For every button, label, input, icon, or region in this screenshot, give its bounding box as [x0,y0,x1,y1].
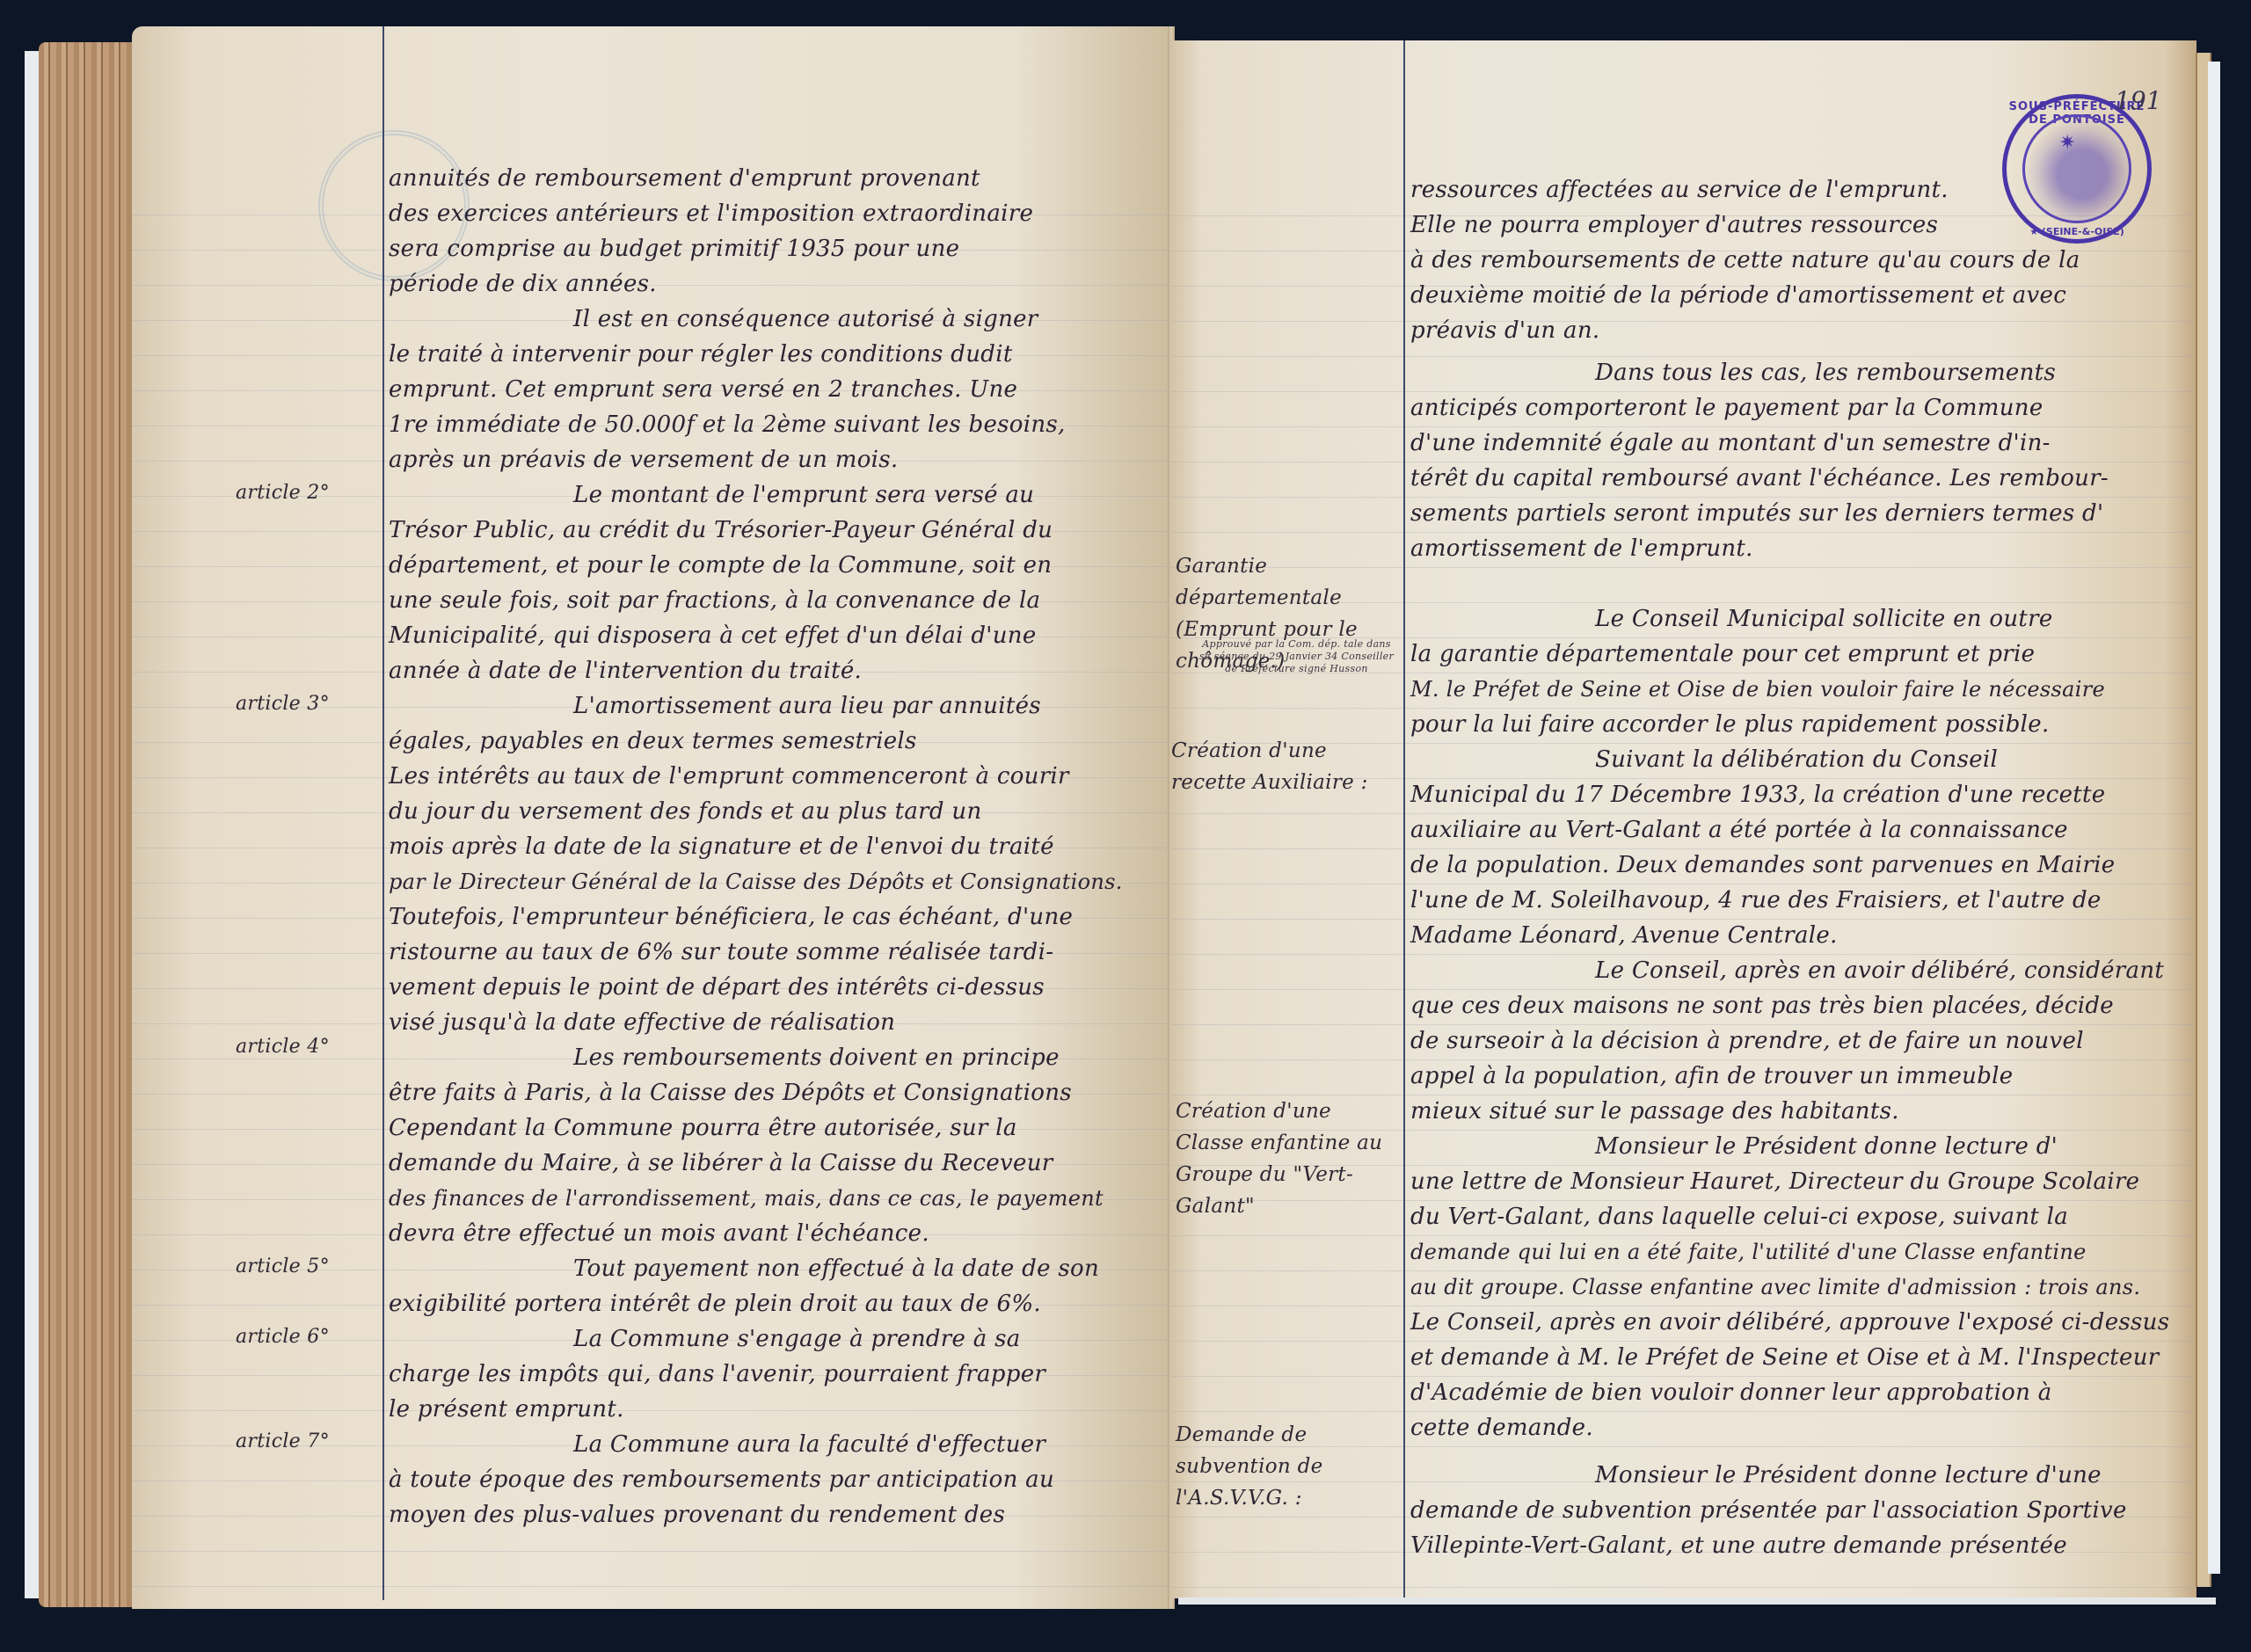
text-line: une lettre de Monsieur Hauret, Directeur… [1410,1164,2169,1199]
text-line: la garantie départementale pour cet empr… [1410,637,2169,672]
text-line: Le montant de l'emprunt sera versé au [389,477,1123,513]
text-line: emprunt. Cet emprunt sera versé en 2 tra… [389,372,1123,407]
margin-label-article-7: article 7° [236,1430,330,1452]
text-line: égales, payables en deux termes semestri… [389,724,1123,759]
stamp-bottom-text: ★ (SEINE-&-OISE) [2007,226,2147,237]
text-line: annuités de remboursement d'emprunt prov… [389,161,1123,196]
text-line: année à date de l'intervention du traité… [389,653,1123,688]
text-line: le traité à intervenir pour régler les c… [389,337,1123,372]
right-page-body: ressources affectées au service de l'emp… [1410,172,2169,1563]
text-line: sera comprise au budget primitif 1935 po… [389,231,1123,266]
text-line: et demande à M. le Préfet de Seine et Oi… [1410,1340,2169,1375]
text-line: visé jusqu'à la date effective de réalis… [389,1005,1123,1040]
text-line: après un préavis de versement de un mois… [389,442,1123,477]
text-line: charge les impôts qui, dans l'avenir, po… [389,1357,1123,1392]
text-line: Trésor Public, au crédit du Trésorier-Pa… [389,513,1123,548]
text-line: Monsieur le Président donne lecture d'un… [1410,1445,2169,1493]
margin-note-classe-enfantine: Création d'une Classe enfantine au Group… [1176,1095,1404,1222]
text-line: des exercices antérieurs et l'imposition… [389,196,1123,231]
text-line: à des remboursements de cette nature qu'… [1410,243,2169,278]
text-line: deuxième moitié de la période d'amortiss… [1410,278,2169,313]
text-line: une seule fois, soit par fractions, à la… [389,583,1123,618]
text-line: Dans tous les cas, les remboursements [1410,348,2169,390]
text-line: Madame Léonard, Avenue Centrale. [1410,918,2169,953]
left-page: article 2° article 3° article 4° article… [132,26,1171,1609]
text-line: mieux situé sur le passage des habitants… [1410,1094,2169,1129]
text-line: Suivant la délibération du Conseil [1410,742,2169,777]
text-line: demande qui lui en a été faite, l'utilit… [1410,1234,2169,1270]
star-icon: ✷ [2059,132,2075,154]
text-line: sements partiels seront imputés sur les … [1410,496,2169,531]
left-page-body: annuités de remboursement d'emprunt prov… [389,161,1123,1532]
margin-note-approval: Approuvé par la Com. dép. tale dans sa s… [1198,638,1395,675]
text-line: devra être effectué un mois avant l'éché… [389,1216,1123,1251]
stamp-emblem [2022,114,2131,223]
text-line: La Commune aura la faculté d'effectuer [389,1427,1123,1462]
text-line: au dit groupe. Classe enfantine avec lim… [1410,1270,2169,1305]
text-line: Il est en conséquence autorisé à signer [389,302,1123,337]
margin-label-article-2: article 2° [236,482,330,504]
right-page: Garantie départementale (Emprunt pour le… [1171,40,2196,1598]
text-line: que ces deux maisons ne sont pas très bi… [1410,988,2169,1023]
left-margin-rule [382,26,384,1600]
text-line: Toutefois, l'emprunteur bénéficiera, le … [389,899,1123,935]
right-board-edge [2208,62,2220,1574]
text-line: des finances de l'arrondissement, mais, … [389,1181,1123,1216]
text-line: Les remboursements doivent en principe [389,1040,1123,1075]
text-line: demande du Maire, à se libérer à la Cais… [389,1146,1123,1181]
text-line: L'amortissement aura lieu par annuités [389,688,1123,724]
text-line: amortissement de l'emprunt. [1410,531,2169,566]
text-line: appel à la population, afin de trouver u… [1410,1059,2169,1094]
margin-label-article-5: article 5° [236,1255,330,1277]
open-register-book: article 2° article 3° article 4° article… [0,0,2251,1652]
text-line: La Commune s'engage à prendre à sa [389,1321,1123,1357]
text-line: le présent emprunt. [389,1392,1123,1427]
text-line: par le Directeur Général de la Caisse de… [389,864,1123,899]
text-line: Monsieur le Président donne lecture d' [1410,1129,2169,1164]
text-line: demande de subvention présentée par l'as… [1410,1493,2169,1528]
text-line: l'une de M. Soleilhavoup, 4 rue des Frai… [1410,883,2169,918]
page-stack-edges [39,42,135,1607]
text-line: Le Conseil Municipal sollicite en outre [1410,566,2169,637]
margin-note-recette-auxiliaire: Création d'une recette Auxiliaire : [1171,735,1400,798]
folio-number: 191 [2115,86,2161,115]
text-line: moyen des plus-values provenant du rende… [389,1497,1123,1532]
text-line: d'Académie de bien vouloir donner leur a… [1410,1375,2169,1410]
margin-label-article-3: article 3° [236,693,330,715]
text-line: période de dix années. [389,266,1123,302]
text-line: du Vert-Galant, dans laquelle celui-ci e… [1410,1199,2169,1234]
text-line: de surseoir à la décision à prendre, et … [1410,1023,2169,1059]
text-line: Cependant la Commune pourra être autoris… [389,1110,1123,1146]
text-line: Le Conseil, après en avoir délibéré, con… [1410,953,2169,988]
text-line: exigibilité portera intérêt de plein dro… [389,1286,1123,1321]
text-line: vement depuis le point de départ des int… [389,970,1123,1005]
text-line: Tout payement non effectué à la date de … [389,1251,1123,1286]
text-line: ristourne au taux de 6% sur toute somme … [389,935,1123,970]
text-line: de la population. Deux demandes sont par… [1410,848,2169,883]
text-line: à toute époque des remboursements par an… [389,1462,1123,1497]
text-line: Les intérêts au taux de l'emprunt commen… [389,759,1123,794]
text-line: Le Conseil, après en avoir délibéré, app… [1410,1305,2169,1340]
text-line: anticipés comporteront le payement par l… [1410,390,2169,426]
prefecture-stamp: SOUS-PRÉFECTURE DE PONTOISE ✷ ★ (SEINE-&… [2002,94,2152,244]
text-line: cette demande. [1410,1410,2169,1445]
text-line: M. le Préfet de Seine et Oise de bien vo… [1410,672,2169,707]
text-line: être faits à Paris, à la Caisse des Dépô… [389,1075,1123,1110]
text-line: Municipalité, qui disposera à cet effet … [389,618,1123,653]
text-line: 1re immédiate de 50.000f et la 2ème suiv… [389,407,1123,442]
margin-note-subvention: Demande de subvention de l'A.S.V.V.G. : [1176,1419,1404,1514]
text-line: auxiliaire au Vert-Galant a été portée à… [1410,812,2169,848]
text-line: pour la lui faire accorder le plus rapid… [1410,707,2169,742]
text-line: du jour du versement des fonds et au plu… [389,794,1123,829]
margin-label-article-4: article 4° [236,1036,330,1058]
text-line: préavis d'un an. [1410,313,2169,348]
text-line: Villepinte-Vert-Galant, et une autre dem… [1410,1528,2169,1563]
right-margin-rule [1403,40,1405,1598]
text-line: département, et pour le compte de la Com… [389,548,1123,583]
text-line: mois après la date de la signature et de… [389,829,1123,864]
text-line: térêt du capital remboursé avant l'échéa… [1410,461,2169,496]
bottom-board-edge [1178,1597,2216,1605]
text-line: Municipal du 17 Décembre 1933, la créati… [1410,777,2169,812]
margin-label-article-6: article 6° [236,1326,330,1348]
text-line: d'une indemnité égale au montant d'un se… [1410,426,2169,461]
